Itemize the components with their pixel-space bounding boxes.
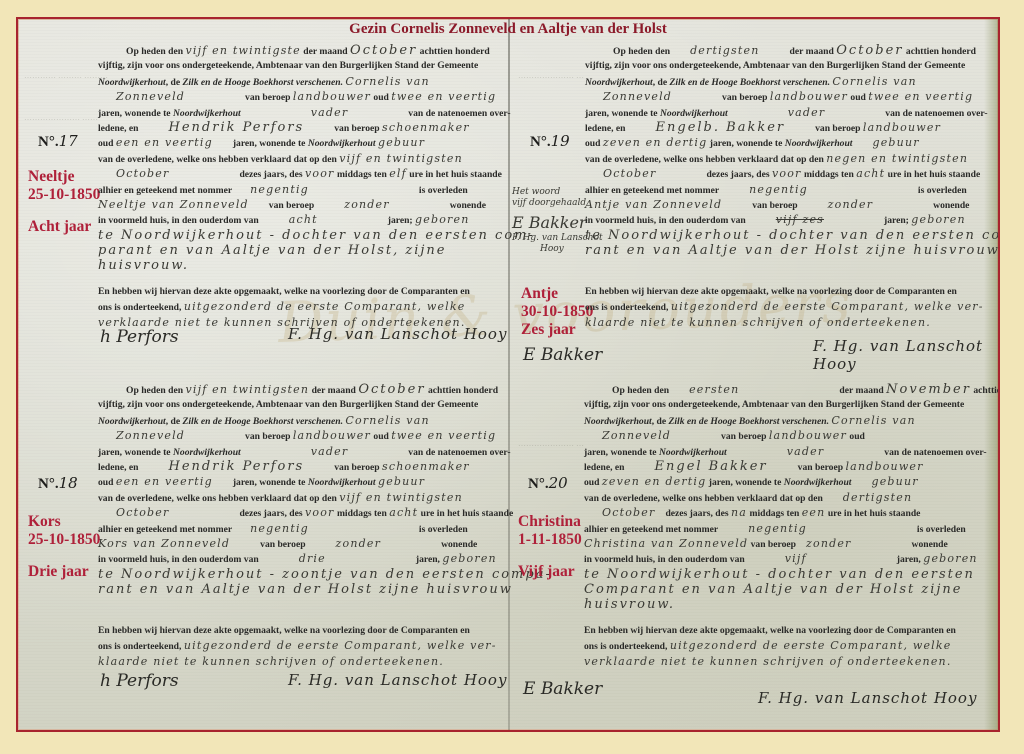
annotation-date: 25-10-1850 — [28, 531, 100, 549]
bleed-through-text: ………… ……… ……… — [24, 71, 108, 80]
signature-clerk: F. Hg. van Lanschot Hooy — [288, 325, 507, 343]
document-frame: Duin & voorouders Gezin Cornelis Zonneve… — [16, 17, 1000, 732]
record-number-18: N°.18 — [38, 474, 78, 493]
signature-clerk: F. Hg. van Lanschot Hooy — [288, 671, 507, 689]
signature-witness: E Bakker — [523, 679, 602, 699]
record-18: Op heden den vijf en twintigsten der maa… — [98, 382, 538, 669]
annotation-name: Neeltje — [28, 168, 100, 186]
annotation-antje: Antje 30-10-1850 Zes jaar — [521, 285, 593, 339]
record-number-19: N°.19 — [530, 132, 570, 151]
annotation-date: 25-10-1850 — [28, 186, 100, 204]
annotation-name: Antje — [521, 285, 593, 303]
annotation-age: Vijf jaar — [518, 563, 582, 581]
annotation-name: Kors — [28, 513, 100, 531]
signature-witness: E Bakker — [523, 345, 602, 365]
annotation-christina: Christina 1-11-1850 Vijf jaar — [518, 513, 582, 581]
annotation-age: Acht jaar — [28, 218, 100, 236]
annotation-name: Christina — [518, 513, 582, 531]
annotation-date: 30-10-1850 — [521, 303, 593, 321]
annotation-age: Zes jaar — [521, 321, 593, 339]
signature-clerk: F. Hg. van Lanschot Hooy — [813, 337, 998, 373]
record-number-17: N°.17 — [38, 132, 78, 151]
signature-witness: h Perfors — [100, 671, 179, 691]
page-title: Gezin Cornelis Zonneveld en Aaltje van d… — [18, 21, 998, 38]
bleed-through-text: ………………… …… — [24, 113, 98, 122]
record-17: Op heden den vijf en twintigste der maan… — [98, 43, 538, 330]
annotation-age: Drie jaar — [28, 563, 100, 581]
signature-witness: h Perfors — [100, 327, 179, 347]
annotation-date: 1-11-1850 — [518, 531, 582, 549]
record-number-20: N°.20 — [528, 474, 568, 493]
annotation-neeltje: Neeltje 25-10-1850 Acht jaar — [28, 168, 100, 236]
record-19: Op heden dendertigstender maand October … — [585, 43, 1000, 330]
annotation-kors: Kors 25-10-1850 Drie jaar — [28, 513, 100, 581]
signature-clerk: F. Hg. van Lanschot Hooy — [758, 689, 977, 707]
record-20: Op heden deneerstender maand November ac… — [584, 382, 1000, 669]
